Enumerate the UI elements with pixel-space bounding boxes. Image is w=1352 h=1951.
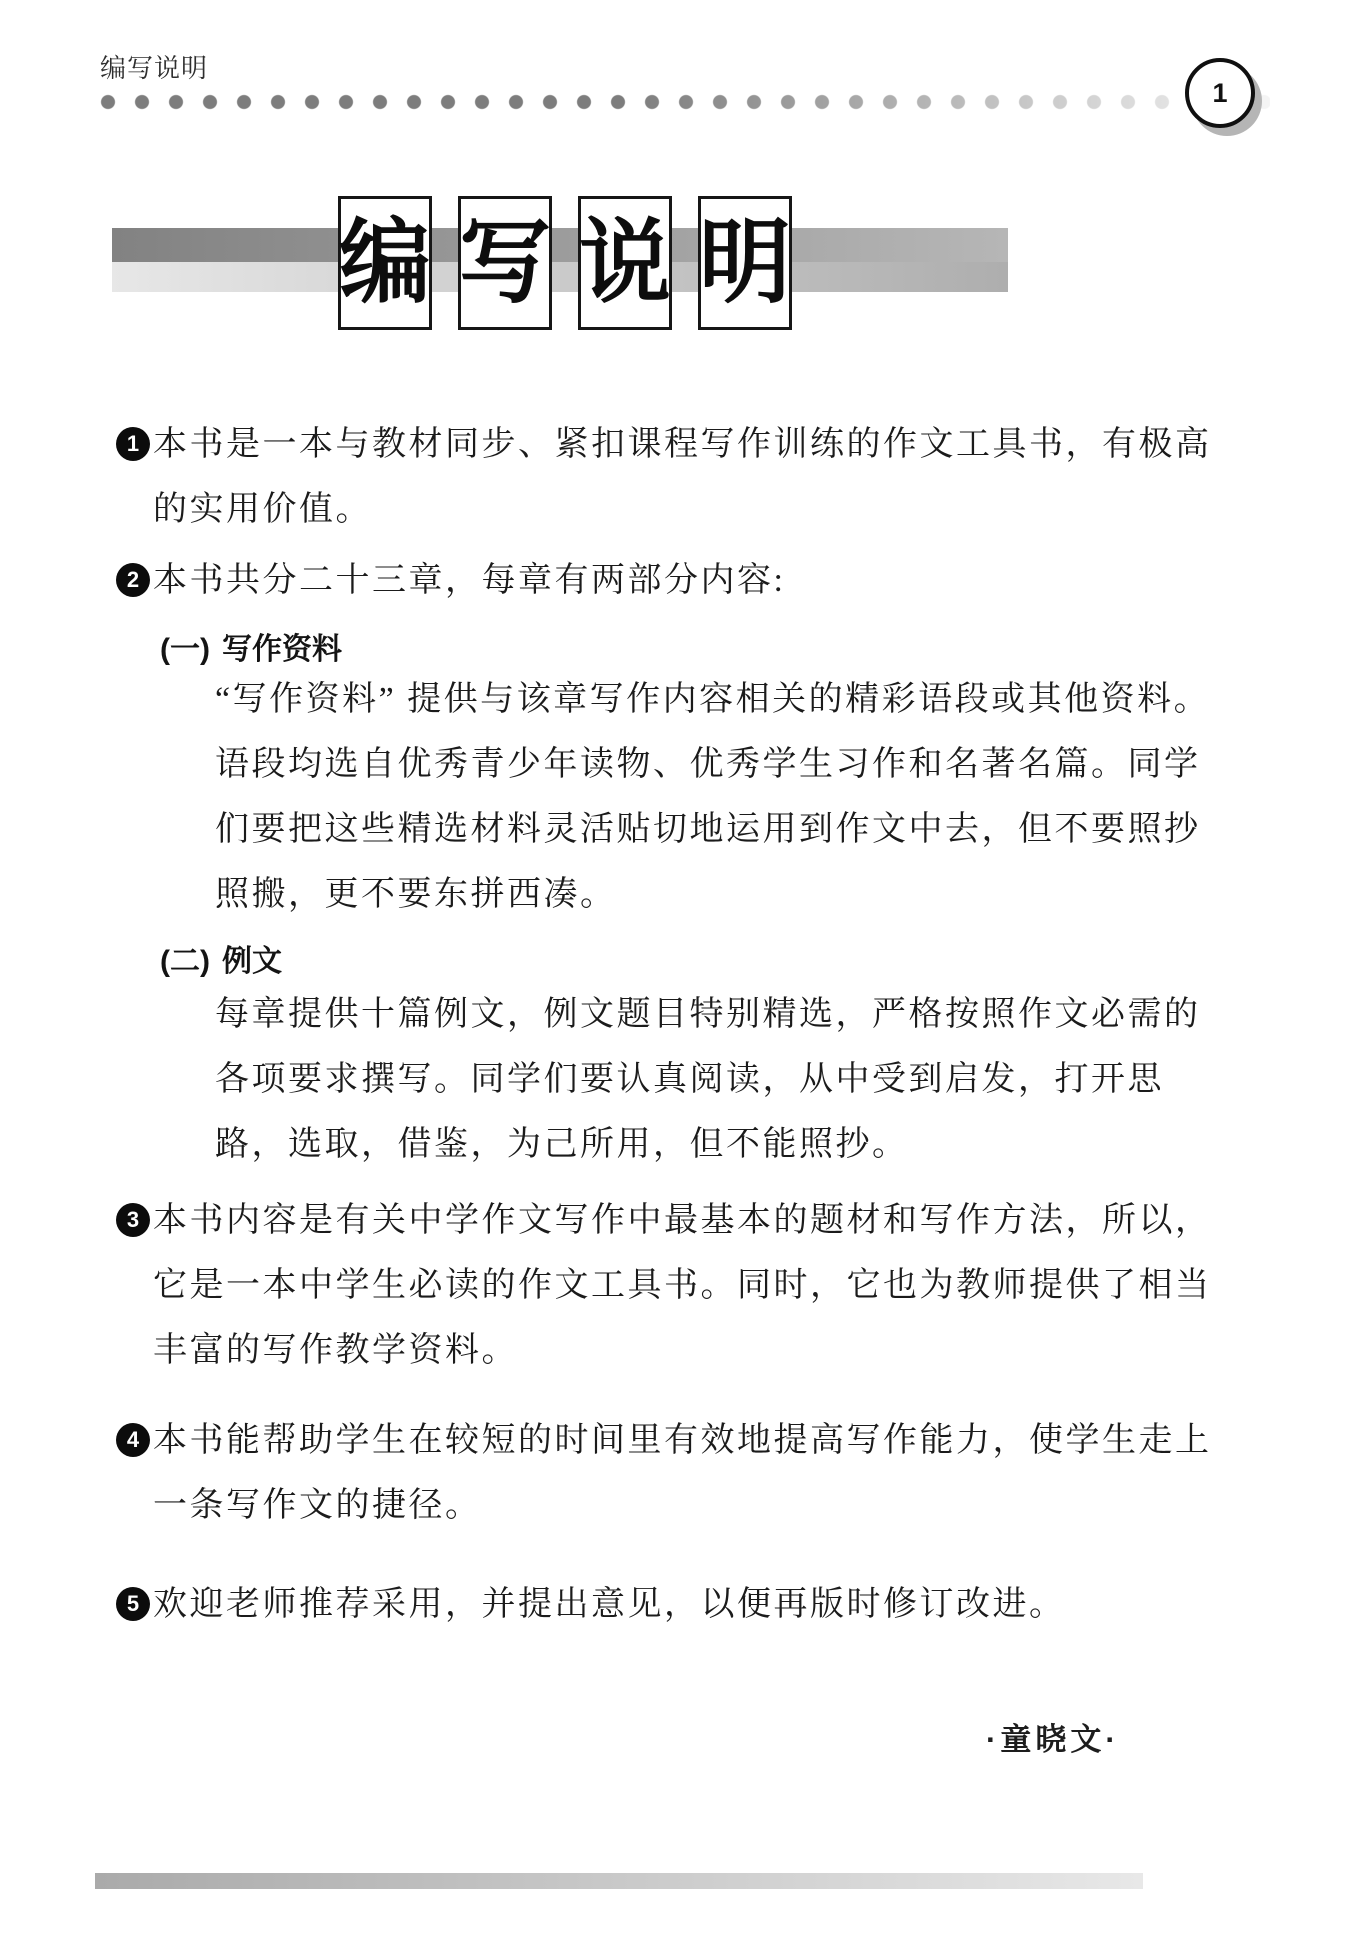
text-line: 每章提供十篇例文，例文题目特别精选，严格按照作文必需的 [215, 982, 1201, 1047]
list-item-1: 1 本书是一本与教材同步、紧扣课程写作训练的作文工具书，有极高 的实用价值。 [116, 412, 1226, 542]
text-line: 本书是一本与教材同步、紧扣课程写作训练的作文工具书，有极高 [153, 412, 1212, 477]
page-number: 1 [1212, 78, 1227, 109]
list-item-3: 3 本书内容是有关中学作文写作中最基本的题材和写作方法，所以， 它是一本中学生必… [116, 1188, 1226, 1383]
banner-char-box-1: 编 [338, 196, 432, 330]
text-line: 路，选取，借鉴，为己所用，但不能照抄。 [215, 1112, 1201, 1177]
banner-char-box-2: 写 [458, 196, 552, 330]
banner-char-box-4: 明 [698, 196, 792, 330]
list-item-2: 2 本书共分二十三章，每章有两部分内容: [116, 548, 1226, 613]
banner-char-1: 编 [339, 217, 431, 309]
text-line: 的实用价值。 [153, 477, 1212, 542]
subsection-2-body: 每章提供十篇例文，例文题目特别精选，严格按照作文必需的 各项要求撰写。同学们要认… [215, 982, 1201, 1177]
text-line: 各项要求撰写。同学们要认真阅读，从中受到启发，打开思 [215, 1047, 1201, 1112]
item-1-number-badge: 1 [116, 427, 150, 461]
banner-char-2: 写 [459, 217, 551, 309]
banner-bar-dark [112, 228, 1008, 262]
page-number-badge: 1 [1185, 58, 1255, 128]
banner-char-4: 明 [699, 217, 791, 309]
text-line: 一条写作文的捷径。 [153, 1473, 1212, 1538]
subsection-1-heading: (一)写作资料 [160, 624, 342, 666]
text-line: “写作资料” 提供与该章写作内容相关的精彩语段或其他资料。 [215, 667, 1210, 732]
list-item-5: 5 欢迎老师推荐采用，并提出意见，以便再版时修订改进。 [116, 1572, 1226, 1637]
footer-bar [95, 1873, 1143, 1889]
item-3-number-badge: 3 [116, 1203, 150, 1237]
item-1-text: 本书是一本与教材同步、紧扣课程写作训练的作文工具书，有极高 的实用价值。 [153, 412, 1212, 542]
subsection-2-label: (二) [160, 945, 210, 978]
banner-bar-light [112, 262, 1008, 292]
item-4-number-badge: 4 [116, 1423, 150, 1457]
subsection-1-title: 写作资料 [222, 633, 342, 666]
text-line: 照搬，更不要东拼西凑。 [215, 862, 1210, 927]
subsection-1-label: (一) [160, 633, 210, 666]
dots-divider [100, 94, 1270, 111]
subsection-2-heading: (二)例文 [160, 936, 282, 978]
text-line: 它是一本中学生必读的作文工具书。同时，它也为教师提供了相当 [153, 1253, 1212, 1318]
list-item-4: 4 本书能帮助学生在较短的时间里有效地提高写作能力，使学生走上 一条写作文的捷径… [116, 1408, 1226, 1538]
book-page: 编写说明 1 编 写 说 明 1 本书是一本与教材同步、紧扣课程写作训练的作文工… [0, 0, 1352, 1951]
item-4-text: 本书能帮助学生在较短的时间里有效地提高写作能力，使学生走上 一条写作文的捷径。 [153, 1408, 1212, 1538]
item-2-number-badge: 2 [116, 563, 150, 597]
item-5-text: 欢迎老师推荐采用，并提出意见，以便再版时修订改进。 [153, 1572, 1066, 1637]
text-line: 欢迎老师推荐采用，并提出意见，以便再版时修订改进。 [153, 1572, 1066, 1637]
text-line: 本书内容是有关中学作文写作中最基本的题材和写作方法，所以， [153, 1188, 1212, 1253]
author-signature: ·童晓文· [986, 1714, 1120, 1759]
text-line: 们要把这些精选材料灵活贴切地运用到作文中去，但不要照抄 [215, 797, 1210, 862]
running-head-title: 编写说明 [100, 48, 208, 85]
item-5-number-badge: 5 [116, 1587, 150, 1621]
text-line: 本书能帮助学生在较短的时间里有效地提高写作能力，使学生走上 [153, 1408, 1212, 1473]
subsection-2-title: 例文 [222, 945, 282, 978]
banner-char-3: 说 [579, 217, 671, 309]
banner-char-box-3: 说 [578, 196, 672, 330]
text-line: 语段均选自优秀青少年读物、优秀学生习作和名著名篇。同学 [215, 732, 1210, 797]
text-line: 本书共分二十三章，每章有两部分内容: [153, 548, 785, 613]
item-3-text: 本书内容是有关中学作文写作中最基本的题材和写作方法，所以， 它是一本中学生必读的… [153, 1188, 1212, 1383]
text-line: 丰富的写作教学资料。 [153, 1318, 1212, 1383]
item-2-text: 本书共分二十三章，每章有两部分内容: [153, 548, 785, 613]
subsection-1-body: “写作资料” 提供与该章写作内容相关的精彩语段或其他资料。 语段均选自优秀青少年… [215, 667, 1210, 927]
